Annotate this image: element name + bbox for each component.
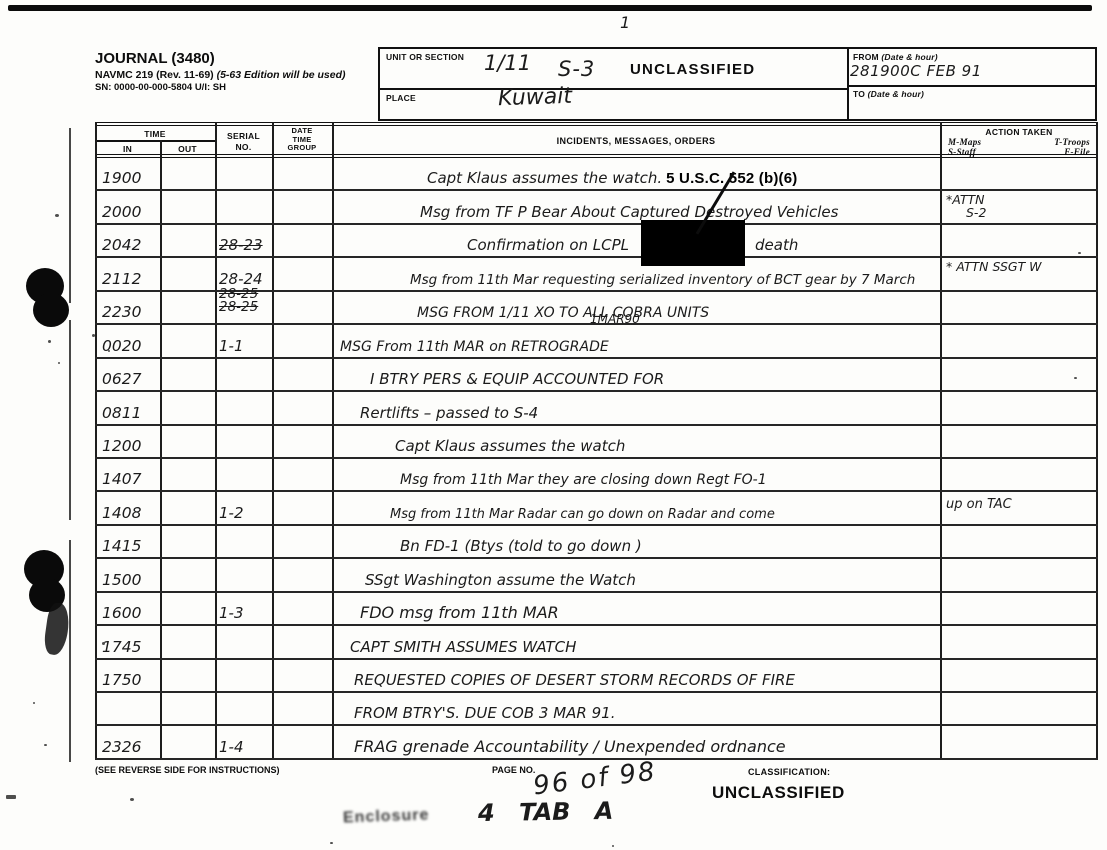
- incidents-cell: I BTRY PERS & EQUIP ACCOUNTED FOR: [332, 359, 940, 390]
- dtg-cell: [272, 359, 332, 390]
- serial-cell: [215, 693, 272, 724]
- incidents-cell: Rertlifts – passed to S-4: [332, 392, 940, 423]
- incident-text: SSgt Washington assume the Watch: [365, 571, 636, 589]
- action-cell: [940, 292, 1098, 323]
- serial-word: SERIAL: [215, 131, 272, 142]
- serial-cell: 28-2528-25: [215, 285, 272, 316]
- time-out-cell: [160, 660, 215, 691]
- action-cell: [940, 225, 1098, 256]
- serial-cell: [215, 459, 272, 490]
- serial-value: 28-23: [219, 236, 263, 254]
- time-out-cell: [160, 359, 215, 390]
- time-header-rule: [95, 140, 215, 142]
- form-title: JOURNAL (3480): [95, 50, 346, 69]
- dtg-cell: [272, 593, 332, 624]
- incident-text: Rertlifts – passed to S-4: [360, 404, 538, 422]
- time-in-cell: 0020: [95, 325, 160, 356]
- table-row: 0811Rertlifts – passed to S-4: [95, 392, 1098, 425]
- from-label-hint: (Date & hour): [881, 52, 937, 62]
- table-row: 1500SSgt Washington assume the Watch: [95, 559, 1098, 592]
- action-cell: up on TAC: [940, 492, 1098, 523]
- table-row: 16001-3FDO msg from 11th MAR: [95, 593, 1098, 626]
- col-header-incidents: INCIDENTS, MESSAGES, ORDERS: [332, 136, 940, 146]
- incidents-cell: REQUESTED COPIES OF DESERT STORM RECORDS…: [332, 660, 940, 691]
- page-no-label: PAGE NO.: [492, 765, 535, 775]
- form-title-block: JOURNAL (3480) NAVMC 219 (Rev. 11-69) (5…: [95, 50, 346, 94]
- time-in-cell: 1407: [95, 459, 160, 490]
- form-subtitle-number: NAVMC 219 (Rev. 11-69): [95, 69, 217, 81]
- header-box: UNIT OR SECTION PLACE FROM (Date & hour)…: [378, 47, 1097, 121]
- incidents-cell: SSgt Washington assume the Watch: [332, 559, 940, 590]
- time-out-cell: [160, 626, 215, 657]
- incidents-cell: Msg from 11th Mar requesting serialized …: [332, 258, 940, 289]
- action-cell: [940, 158, 1098, 189]
- time-in-cell: 1750: [95, 660, 160, 691]
- scan-speck: [612, 845, 614, 847]
- action-taken-title: ACTION TAKEN: [940, 127, 1098, 137]
- incident-text: Msg from 11th Mar requesting serialized …: [410, 272, 915, 288]
- incident-text: Capt Klaus assumes the watch.: [427, 169, 662, 187]
- incidents-cell: CAPT SMITH ASSUMES WATCH: [332, 626, 940, 657]
- serial-cell: [215, 559, 272, 590]
- date-note: 1MAR90: [590, 312, 640, 326]
- incident-text: Msg from 11th Mar Radar can go down on R…: [390, 507, 775, 522]
- table-row: 14081-2Msg from 11th Mar Radar can go do…: [95, 492, 1098, 525]
- scan-speck: [48, 340, 51, 343]
- journal-scan-page: 1 JOURNAL (3480) NAVMC 219 (Rev. 11-69) …: [0, 0, 1107, 850]
- legend-file: F-File: [1064, 147, 1090, 157]
- incident-text: MSG From 11th MAR on RETROGRADE: [340, 339, 609, 355]
- to-label-word: TO: [853, 89, 868, 99]
- header-divider-vertical: [847, 49, 849, 119]
- serial-cell: 1-3: [215, 593, 272, 624]
- scan-speck: [55, 214, 59, 217]
- time-out-cell: [160, 459, 215, 490]
- scan-speck: [33, 702, 35, 704]
- incident-text: Msg from 11th Mar they are closing down …: [400, 472, 767, 488]
- from-label-word: FROM: [853, 52, 881, 62]
- table-row: 204228-23Confirmation on LCPLdeath: [95, 225, 1098, 258]
- serial-value: 1-1: [219, 337, 244, 355]
- journal-rows: 1900Capt Klaus assumes the watch.5 U.S.C…: [95, 158, 1098, 760]
- action-cell: [940, 392, 1098, 423]
- unit-value: 1/11: [484, 51, 531, 75]
- serial-value: 28-25: [219, 301, 258, 314]
- serial-cell: [215, 426, 272, 457]
- table-row: 1900Capt Klaus assumes the watch.5 U.S.C…: [95, 158, 1098, 191]
- incidents-cell: FDO msg from 11th MAR: [332, 593, 940, 624]
- scan-blob: [33, 293, 69, 327]
- dtg-cell: [272, 726, 332, 757]
- incident-text: FDO msg from 11th MAR: [360, 603, 559, 622]
- dtg-cell: [272, 426, 332, 457]
- serial-no-word: NO.: [215, 142, 272, 153]
- dtg-cell: [272, 660, 332, 691]
- from-date-value: 281900C FEB 91: [850, 62, 982, 80]
- table-row: 0627I BTRY PERS & EQUIP ACCOUNTED FOR: [95, 359, 1098, 392]
- dtg-cell: [272, 459, 332, 490]
- time-in-cell: 0811: [95, 392, 160, 423]
- incident-text: death: [755, 236, 798, 254]
- action-text: S-2: [966, 206, 986, 219]
- incident-text: Confirmation on LCPL: [467, 236, 629, 254]
- scan-speck: [130, 798, 134, 801]
- table-row: 23261-4FRAG grenade Accountability / Une…: [95, 726, 1098, 759]
- time-out-cell: [160, 559, 215, 590]
- incident-text: CAPT SMITH ASSUMES WATCH: [350, 638, 576, 656]
- header-classification: UNCLASSIFIED: [630, 61, 755, 78]
- incident-text: FROM BTRY'S. DUE COB 3 MAR 91.: [354, 704, 615, 722]
- action-cell: [940, 459, 1098, 490]
- header-divider-right: [847, 85, 1097, 87]
- to-label-hint: (Date & hour): [868, 89, 924, 99]
- col-header-serial: SERIAL NO.: [215, 131, 272, 153]
- dtg-cell: [272, 693, 332, 724]
- time-out-cell: [160, 426, 215, 457]
- table-row: 1750REQUESTED COPIES OF DESERT STORM REC…: [95, 660, 1098, 693]
- action-cell: [940, 726, 1098, 757]
- time-out-cell: [160, 392, 215, 423]
- scan-edge-line: [69, 128, 71, 303]
- serial-cell: [215, 526, 272, 557]
- header-divider-left: [380, 88, 847, 90]
- incidents-cell: Bn FD-1 (Btys (told to go down ): [332, 526, 940, 557]
- action-cell: [940, 325, 1098, 356]
- dtg-cell: [272, 559, 332, 590]
- action-legend-row1: M-MapsT-Troops: [940, 137, 1098, 147]
- reverse-side-note: (SEE REVERSE SIDE FOR INSTRUCTIONS): [95, 765, 280, 775]
- incidents-cell: Msg from 11th Mar Radar can go down on R…: [332, 492, 940, 523]
- incidents-cell: Capt Klaus assumes the watch: [332, 426, 940, 457]
- dtg-cell: [272, 191, 332, 222]
- dtg-group-word: GROUP: [272, 144, 332, 153]
- time-out-cell: [160, 258, 215, 289]
- serial-cell: 28-23: [215, 225, 272, 256]
- action-cell: [940, 559, 1098, 590]
- scan-speck: [6, 795, 16, 799]
- classification-value: UNCLASSIFIED: [712, 783, 845, 803]
- time-in-cell: 1600: [95, 593, 160, 624]
- action-cell: [940, 593, 1098, 624]
- place-label: PLACE: [386, 93, 416, 103]
- time-out-cell: [160, 325, 215, 356]
- action-cell: [940, 693, 1098, 724]
- action-text: * ATTN SSGT W: [946, 260, 1042, 273]
- page-no-value: 96 of 98: [532, 757, 658, 802]
- serial-value: 1-2: [219, 504, 244, 522]
- col-header-action-taken: ACTION TAKEN M-MapsT-Troops S-StaffF-Fil…: [940, 127, 1098, 157]
- time-in-cell: [95, 693, 160, 724]
- action-text: up on TAC: [946, 498, 1012, 511]
- table-row: 1745CAPT SMITH ASSUMES WATCH: [95, 626, 1098, 659]
- scan-edge-line: [69, 320, 71, 520]
- serial-cell: [215, 158, 272, 189]
- unit-or-section-label: UNIT OR SECTION: [386, 52, 464, 62]
- serial-cell: [215, 392, 272, 423]
- time-in-cell: 2326: [95, 726, 160, 757]
- form-stock-number: SN: 0000-00-000-5804 U/I: SH: [95, 82, 346, 94]
- table-row: 1407Msg from 11th Mar they are closing d…: [95, 459, 1098, 492]
- time-in-cell: 2000: [95, 191, 160, 222]
- time-in-cell: 2042: [95, 225, 160, 256]
- page-tick-mark: 1: [620, 13, 630, 32]
- serial-cell: 1-1: [215, 325, 272, 356]
- time-out-cell: [160, 158, 215, 189]
- dtg-cell: [272, 258, 332, 289]
- form-subtitle-edition: (5-63 Edition will be used): [217, 69, 346, 81]
- serial-cell: [215, 660, 272, 691]
- time-out-cell: [160, 191, 215, 222]
- table-row: 00201-11MAR90MSG From 11th MAR on RETROG…: [95, 325, 1098, 358]
- scan-speck: [58, 362, 60, 364]
- incidents-cell: Confirmation on LCPLdeath: [332, 225, 940, 256]
- action-cell: [940, 626, 1098, 657]
- incidents-cell: FROM BTRY'S. DUE COB 3 MAR 91.: [332, 693, 940, 724]
- scan-top-bar: [8, 5, 1092, 11]
- time-out-cell: [160, 526, 215, 557]
- time-in-cell: 1500: [95, 559, 160, 590]
- scan-speck: [44, 744, 47, 746]
- serial-value: 1-3: [219, 604, 244, 622]
- time-in-cell: 1200: [95, 426, 160, 457]
- incidents-cell: FRAG grenade Accountability / Unexpended…: [332, 726, 940, 757]
- incidents-cell: Msg from 11th Mar they are closing down …: [332, 459, 940, 490]
- to-label: TO (Date & hour): [853, 89, 924, 99]
- action-cell: [940, 526, 1098, 557]
- incidents-cell: Msg from TF P Bear About Captured Destro…: [332, 191, 940, 222]
- incident-text: Capt Klaus assumes the watch: [395, 437, 625, 455]
- incident-text: I BTRY PERS & EQUIP ACCOUNTED FOR: [370, 370, 664, 388]
- dtg-cell: [272, 292, 332, 323]
- incident-text: REQUESTED COPIES OF DESERT STORM RECORDS…: [354, 671, 795, 689]
- time-out-cell: [160, 225, 215, 256]
- time-out-cell: [160, 593, 215, 624]
- form-subtitle: NAVMC 219 (Rev. 11-69) (5-63 Edition wil…: [95, 69, 346, 82]
- time-in-cell: 1900: [95, 158, 160, 189]
- section-value: S-3: [558, 57, 595, 81]
- incident-text: Bn FD-1 (Btys (told to go down ): [400, 537, 642, 555]
- serial-cell: [215, 626, 272, 657]
- serial-cell: [215, 359, 272, 390]
- table-row: FROM BTRY'S. DUE COB 3 MAR 91.: [95, 693, 1098, 726]
- incident-text: Msg from TF P Bear About Captured Destro…: [420, 203, 838, 221]
- time-in-cell: 0627: [95, 359, 160, 390]
- time-out-cell: [160, 693, 215, 724]
- table-row: 1415Bn FD-1 (Btys (told to go down ): [95, 526, 1098, 559]
- place-value: Kuwait: [498, 84, 573, 112]
- action-cell: *ATTNS-2: [940, 191, 1098, 222]
- dtg-cell: [272, 158, 332, 189]
- dtg-cell: [272, 626, 332, 657]
- time-out-cell: [160, 292, 215, 323]
- action-cell: [940, 426, 1098, 457]
- col-header-in: IN: [95, 144, 160, 154]
- dtg-cell: [272, 392, 332, 423]
- legend-troops: T-Troops: [1054, 137, 1090, 147]
- incidents-cell: Capt Klaus assumes the watch.5 U.S.C. 55…: [332, 158, 940, 189]
- time-out-cell: [160, 492, 215, 523]
- time-in-cell: 1415: [95, 526, 160, 557]
- tab-annotation: 4 TAB A: [478, 797, 614, 827]
- dtg-cell: [272, 325, 332, 356]
- table-header: TIME IN OUT SERIAL NO. DATE TIME GROUP I…: [95, 122, 1098, 158]
- action-cell: [940, 359, 1098, 390]
- from-label: FROM (Date & hour): [853, 52, 938, 62]
- time-in-cell: 1408: [95, 492, 160, 523]
- col-header-time: TIME: [95, 129, 215, 139]
- incident-text: FRAG grenade Accountability / Unexpended…: [354, 737, 786, 756]
- table-row: 2000Msg from TF P Bear About Captured De…: [95, 191, 1098, 224]
- time-in-cell: 2230: [95, 292, 160, 323]
- action-legend-row2: S-StaffF-File: [940, 147, 1098, 157]
- time-in-cell: 2112: [95, 258, 160, 289]
- table-row: 1200Capt Klaus assumes the watch: [95, 426, 1098, 459]
- serial-cell: 1-4: [215, 726, 272, 757]
- time-in-cell: 1745: [95, 626, 160, 657]
- action-cell: [940, 660, 1098, 691]
- col-header-out: OUT: [160, 144, 215, 154]
- serial-cell: 1-2: [215, 492, 272, 523]
- dtg-cell: [272, 492, 332, 523]
- action-cell: * ATTN SSGT W: [940, 258, 1098, 289]
- scan-edge-line: [69, 540, 71, 762]
- col-header-date-time-group: DATE TIME GROUP: [272, 127, 332, 153]
- serial-value: 1-4: [219, 738, 244, 756]
- dtg-cell: [272, 225, 332, 256]
- incidents-cell: 1MAR90MSG From 11th MAR on RETROGRADE: [332, 325, 940, 356]
- serial-cell: [215, 191, 272, 222]
- legend-maps: M-Maps: [948, 137, 981, 147]
- incident-text: MSG FROM 1/11 XO TO ALL COBRA UNITS: [417, 305, 709, 321]
- scan-speck: [330, 842, 333, 844]
- time-out-cell: [160, 726, 215, 757]
- dtg-cell: [272, 526, 332, 557]
- classification-label: CLASSIFICATION:: [748, 767, 830, 777]
- legend-staff: S-Staff: [948, 147, 976, 157]
- enclosure-stamp: Enclosure: [343, 806, 430, 827]
